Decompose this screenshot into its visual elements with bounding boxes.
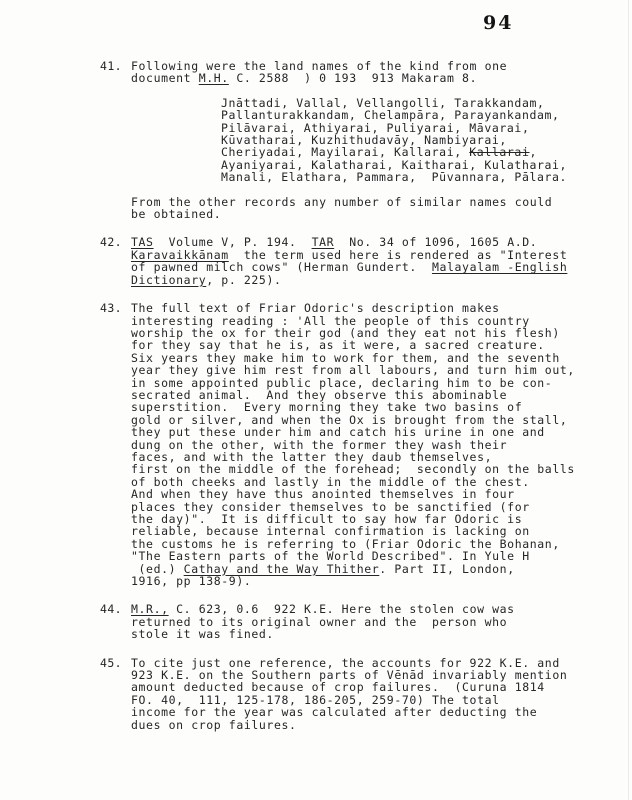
text-line: 1916, pp 138-9). (131, 575, 605, 587)
text-segment: Dictionary (131, 273, 206, 287)
footnote-body: To cite just one reference, the accounts… (131, 657, 605, 731)
text-segment: Manali, Elathara, Pammara, Pūvannara, Pā… (221, 170, 567, 184)
text-line: dues on crop failures. (131, 719, 605, 731)
footnote-body: TAS Volume V, P. 194. TAR No. 34 of 1096… (131, 236, 605, 286)
footnote-item: 42.TAS Volume V, P. 194. TAR No. 34 of 1… (100, 236, 605, 286)
document-page: 94 41.Following were the land names of t… (0, 0, 632, 800)
text-segment: document (131, 71, 199, 85)
text-block: The full text of Friar Odoric's descript… (131, 302, 605, 587)
text-segment: Malayalam -English (432, 260, 567, 274)
page-number: 94 (483, 12, 513, 34)
footnote-item: 45.To cite just one reference, the accou… (100, 657, 605, 731)
text-block: TAS Volume V, P. 194. TAR No. 34 of 1096… (131, 236, 605, 286)
footnote-number: 43. (100, 302, 131, 587)
text-block: Following were the land names of the kin… (131, 60, 605, 85)
text-segment: stole it was fined. (131, 627, 274, 641)
notes-list: 41.Following were the land names of the … (100, 60, 605, 747)
text-line: Dictionary, p. 225). (131, 274, 605, 286)
text-segment: 1916, pp 138-9). (131, 574, 251, 588)
footnote-item: 43.The full text of Friar Odoric's descr… (100, 302, 605, 587)
footnote-number: 44. (100, 603, 131, 640)
text-line: stole it was fined. (131, 628, 605, 640)
footnote-number: 42. (100, 236, 131, 286)
footnote-body: The full text of Friar Odoric's descript… (131, 302, 605, 587)
text-segment: C. 2588 ) 0 193 913 Makaram 8. (229, 71, 477, 85)
text-block: From the other records any number of sim… (131, 196, 605, 221)
text-line: be obtained. (131, 208, 605, 220)
text-segment: , p. 225). (206, 273, 281, 287)
footnote-number: 41. (100, 60, 131, 220)
footnote-body: M.R., C. 623, 0.6 922 K.E. Here the stol… (131, 603, 605, 640)
footnote-number: 45. (100, 657, 131, 731)
footnote-item: 41.Following were the land names of the … (100, 60, 605, 220)
footnote-body: Following were the land names of the kin… (131, 60, 605, 220)
text-block: Jnāttadi, Vallal, Vellangolli, Tarakkand… (131, 97, 605, 184)
scan-edge-line (628, 0, 629, 800)
text-segment: M.H. (199, 71, 229, 85)
text-line: Manali, Elathara, Pammara, Pūvannara, Pā… (221, 171, 605, 183)
text-block: To cite just one reference, the accounts… (131, 657, 605, 731)
text-block: M.R., C. 623, 0.6 922 K.E. Here the stol… (131, 603, 605, 640)
text-line: document M.H. C. 2588 ) 0 193 913 Makara… (131, 72, 605, 84)
text-segment: . Part II, London, (379, 562, 514, 576)
text-segment: be obtained. (131, 207, 221, 221)
text-segment: dues on crop failures. (131, 718, 297, 732)
footnote-item: 44.M.R., C. 623, 0.6 922 K.E. Here the s… (100, 603, 605, 640)
